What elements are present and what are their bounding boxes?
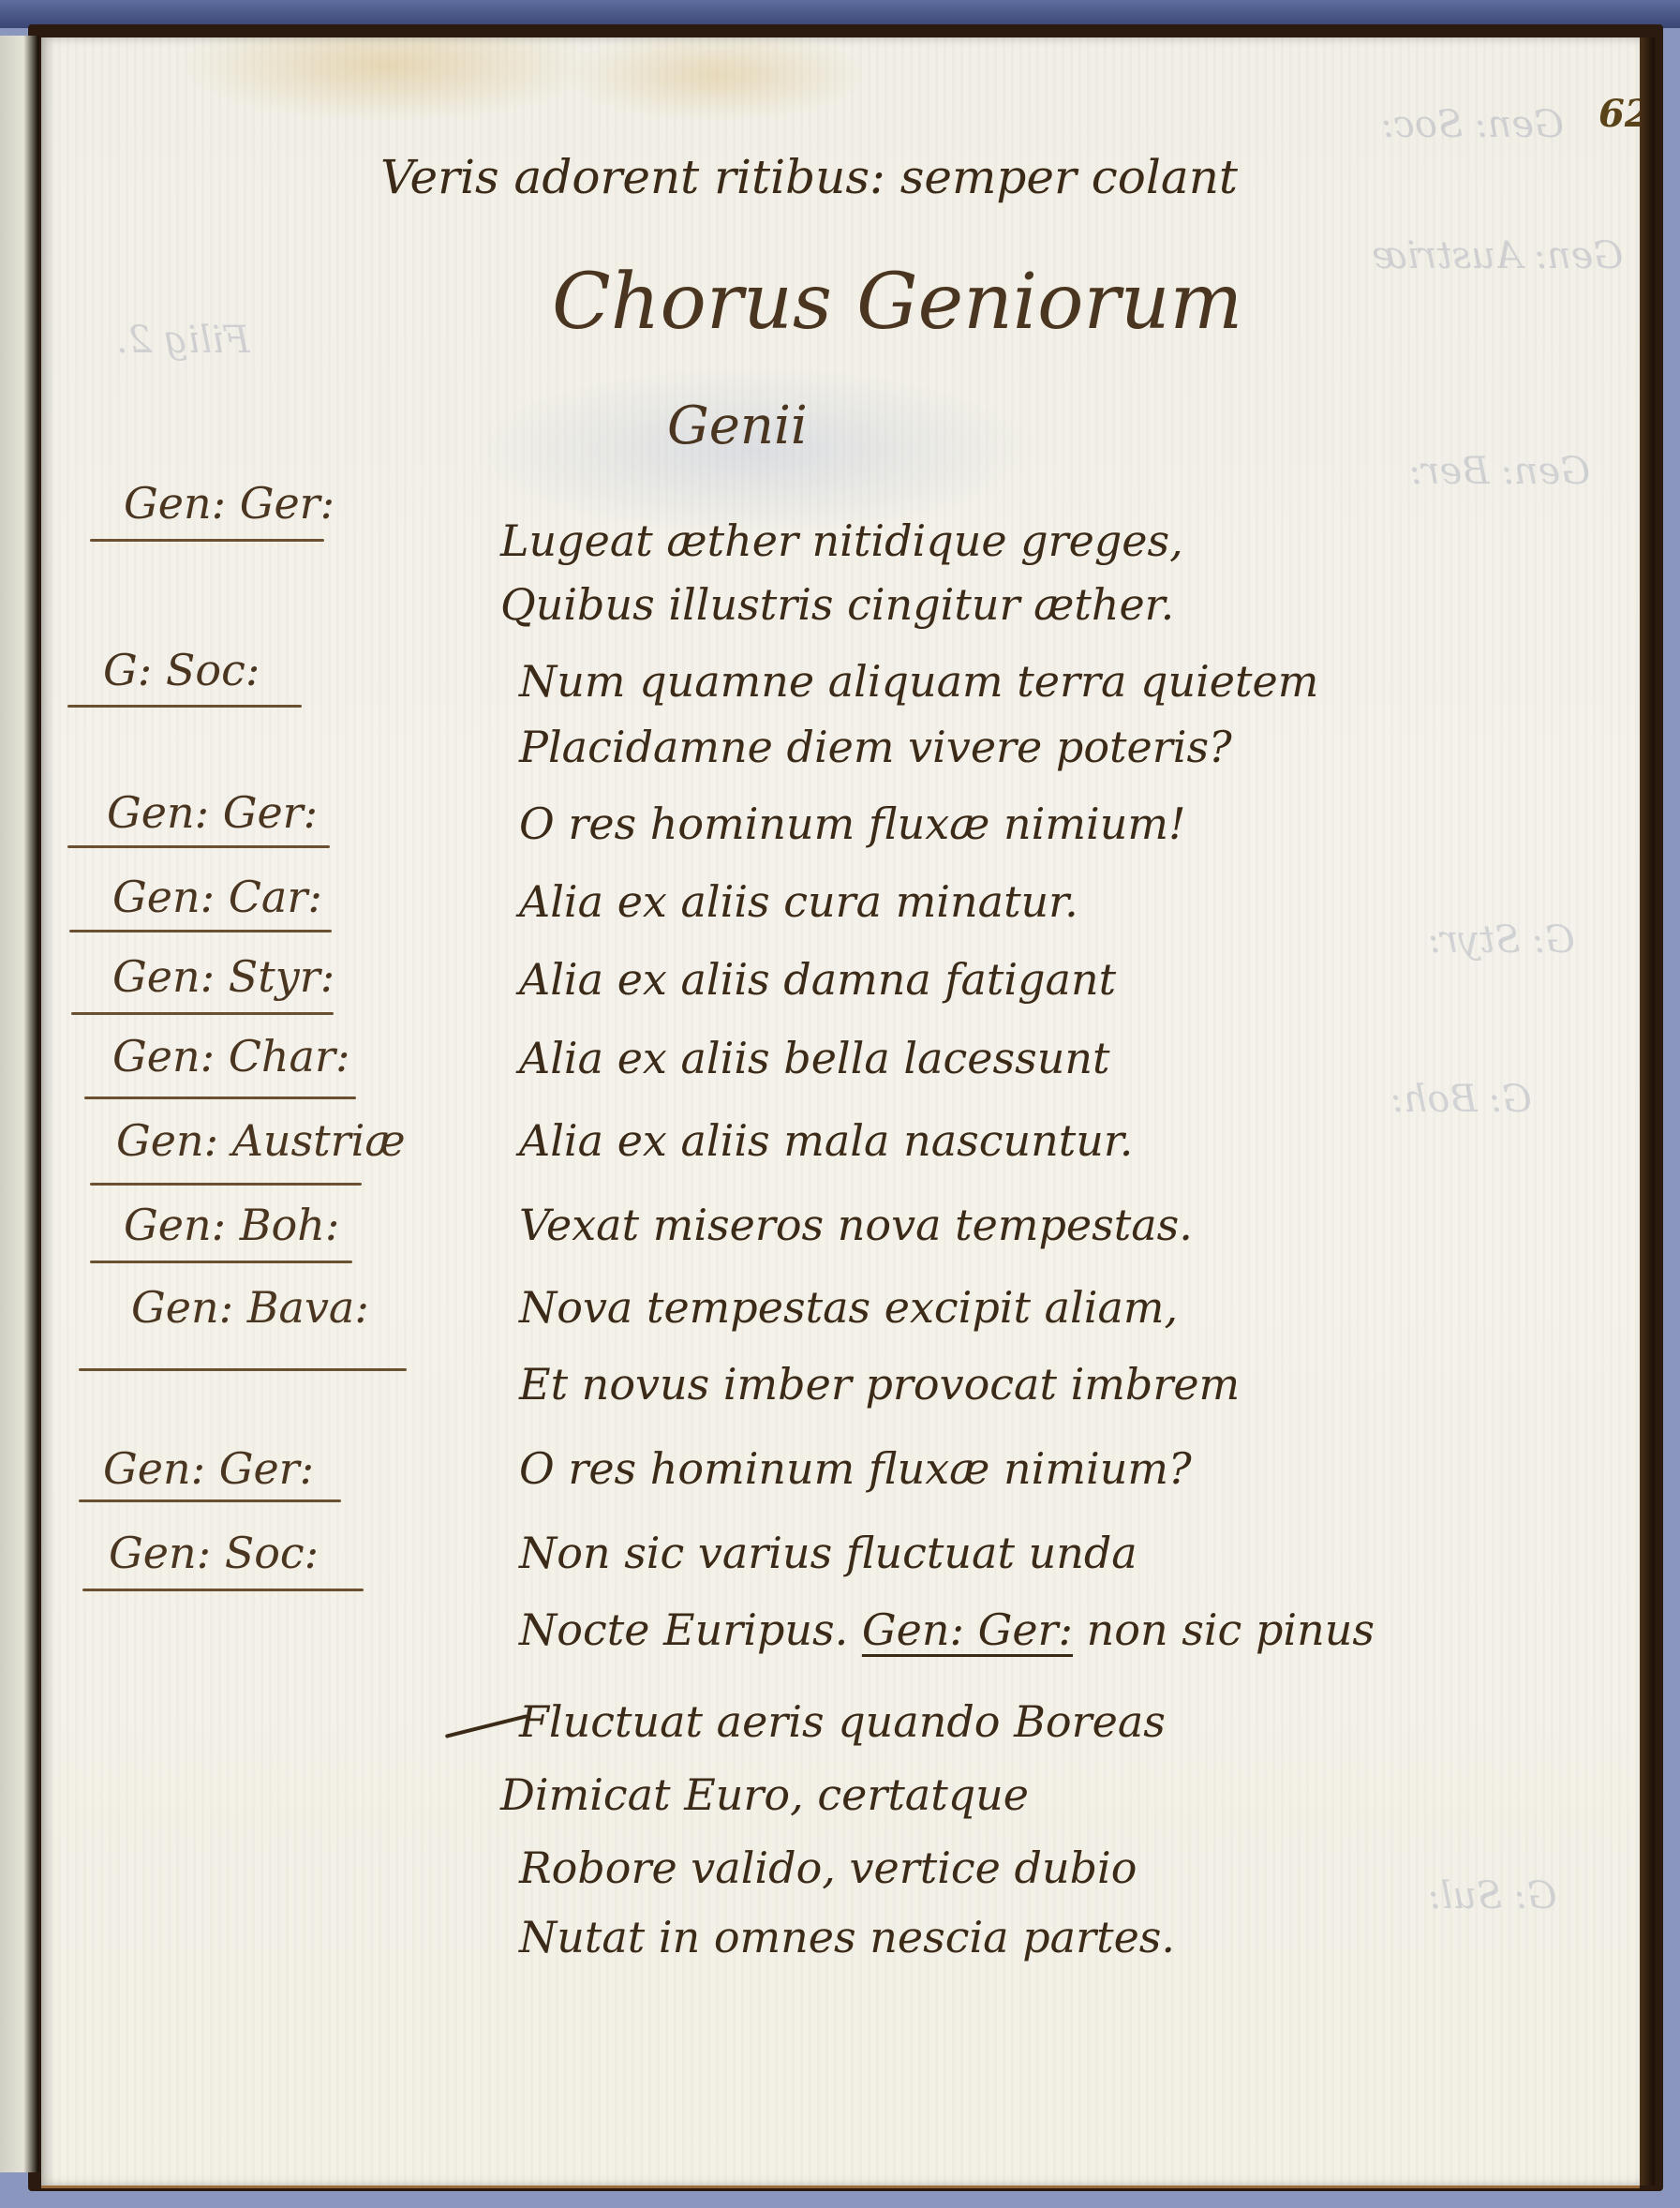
chorus-heading: Chorus Geniorum <box>552 258 1242 347</box>
speaker-label: Gen: Styr: <box>112 951 335 1002</box>
speaker-label: Gen: Bava: <box>131 1282 369 1333</box>
verse-line: Alia ex aliis bella lacessunt <box>519 1033 1109 1083</box>
speaker-label: Gen: Soc: <box>109 1528 319 1578</box>
bleed-through-text: Gen: Soc: <box>1381 103 1564 146</box>
bleed-through-text: G: Boh: <box>1390 1078 1532 1121</box>
speaker-underline <box>84 1097 356 1099</box>
speaker-underline <box>82 1589 364 1591</box>
speaker-underline <box>67 705 302 708</box>
verse-line: Nutat in omnes nescia partes. <box>519 1912 1175 1962</box>
speaker-label: Gen: Char: <box>112 1031 349 1082</box>
speaker-underline <box>79 1368 407 1371</box>
verse-line-with-inline-speaker: Nocte Euripus. Gen: Ger: non sic pinus <box>519 1604 1375 1655</box>
verse-line: Num quamne aliquam terra quietem <box>519 656 1318 707</box>
speaker-underline <box>71 1012 334 1015</box>
continuation-stroke <box>445 1714 528 1738</box>
bleed-through-text: Gen: Austriæ <box>1372 234 1623 277</box>
verse-line: O res hominum fluxæ nimium? <box>519 1443 1192 1494</box>
manuscript-page: Gen: Soc: Gen: Austriæ Gen: Ber: G: Styr… <box>41 37 1640 2188</box>
verse-fragment: Nocte Euripus. <box>519 1604 848 1655</box>
verse-line: Alia ex aliis cura minatur. <box>519 876 1078 927</box>
verse-line: Nova tempestas excipit aliam, <box>519 1282 1178 1333</box>
bleed-through-text: Gen: Ber: <box>1409 450 1590 493</box>
verse-line: Quibus illustris cingitur æther. <box>500 579 1174 630</box>
verse-fragment: non sic pinus <box>1087 1604 1375 1655</box>
verse-line: Non sic varius fluctuat unda <box>519 1528 1137 1578</box>
top-line: Veris adorent ritibus: semper colant <box>380 150 1238 204</box>
speaker-label: Gen: Car: <box>112 872 322 922</box>
verse-line: Alia ex aliis damna fatigant <box>519 954 1116 1005</box>
verse-line: Fluctuat aeris quando Boreas <box>519 1696 1166 1747</box>
verse-line: Dimicat Euro, certatque <box>500 1769 1029 1820</box>
speaker-underline <box>90 1183 362 1186</box>
genii-subheading: Genii <box>667 395 808 456</box>
speaker-label: Gen: Ger: <box>107 787 318 838</box>
speaker-underline <box>90 539 324 542</box>
verse-line: Robore valido, vertice dubio <box>519 1842 1137 1893</box>
binding-edge <box>1640 37 1655 2186</box>
verse-line: Lugeat æther nitidique greges, <box>500 515 1183 566</box>
speaker-underline <box>79 1499 341 1502</box>
speaker-label: Gen: Boh: <box>124 1200 339 1250</box>
speaker-label: G: Soc: <box>103 645 260 695</box>
speaker-underline <box>90 1261 352 1263</box>
previous-leaf-edge <box>0 36 39 2172</box>
verse-line: Vexat miseros nova tempestas. <box>519 1200 1193 1250</box>
verse-line: O res hominum fluxæ nimium! <box>519 798 1185 849</box>
speaker-underline <box>69 930 332 932</box>
bleed-through-text: G: Styr: <box>1428 918 1575 962</box>
inline-speaker-label: Gen: Ger: <box>862 1604 1073 1655</box>
speaker-label: Gen: Ger: <box>124 478 335 529</box>
bleed-through-text: G: Sul: <box>1428 1874 1557 1917</box>
verse-line: Alia ex aliis mala nascuntur. <box>519 1115 1133 1166</box>
speaker-label: Gen: Austriæ <box>116 1115 406 1166</box>
speaker-underline <box>67 845 330 848</box>
verse-line: Et novus imber provocat imbrem <box>519 1359 1240 1410</box>
speaker-label: Gen: Ger: <box>103 1443 314 1494</box>
verse-line: Placidamne diem vivere poteris? <box>519 722 1232 772</box>
bleed-through-text: Filig 2. <box>116 319 250 362</box>
